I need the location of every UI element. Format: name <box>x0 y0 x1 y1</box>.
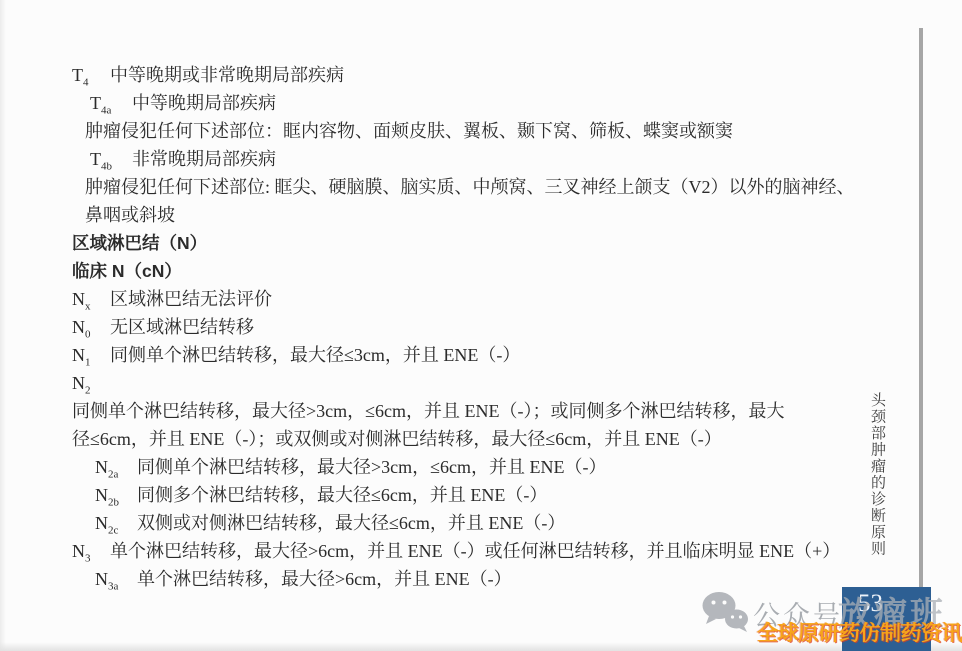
sidebar-rule <box>919 28 923 588</box>
stage-label: T4b <box>90 145 132 173</box>
text-line: N2c双侧或对侧淋巴结转移，最大径≤6cm，并且 ENE（-） <box>95 509 872 537</box>
line-text: 单个淋巴结转移，最大径>6cm，并且 ENE（-） <box>137 569 512 589</box>
text-line: N1同侧单个淋巴结转移，最大径≤3cm，并且 ENE（-） <box>72 341 872 369</box>
text-line: N2b同侧多个淋巴结转移，最大径≤6cm，并且 ENE（-） <box>95 481 872 509</box>
stage-label: N2c <box>95 509 137 537</box>
text-line: 区域淋巴结（N） <box>72 229 872 257</box>
text-line: N2a同侧单个淋巴结转移，最大径>3cm，≤6cm，并且 ENE（-） <box>95 453 872 481</box>
stage-label: N2a <box>95 453 137 481</box>
text-line: 肿瘤侵犯任何下述部位: 眶尖、硬脑膜、脑实质、中颅窝、三叉神经上颌支（V2）以外… <box>85 173 872 201</box>
text-line: N2 <box>72 369 872 397</box>
stage-label: Nx <box>72 285 110 313</box>
line-text: 中等晚期或非常晚期局部疾病 <box>110 65 344 85</box>
stage-label: T4 <box>72 61 110 89</box>
text-line: 径≤6cm，并且 ENE（-）；或双侧或对侧淋巴结转移，最大径≤6cm，并且 E… <box>72 425 872 453</box>
text-line: N3a单个淋巴结转移，最大径>6cm，并且 ENE（-） <box>95 565 872 593</box>
line-text: 双侧或对侧淋巴结转移，最大径≤6cm，并且 ENE（-） <box>137 513 565 533</box>
line-text: 非常晚期局部疾病 <box>132 149 276 169</box>
watermark-orange-line: 全球原研药仿制药资讯 <box>757 617 962 647</box>
text-line: 临床 N（cN） <box>72 257 872 285</box>
line-text: 同侧单个淋巴结转移，最大径>3cm，≤6cm，并且 ENE（-） <box>137 457 607 477</box>
line-text: 无区域淋巴结转移 <box>110 317 254 337</box>
line-text: 同侧单个淋巴结转移，最大径>3cm，≤6cm，并且 ENE（-）；或同侧多个淋巴… <box>72 401 785 421</box>
stage-label: N2 <box>72 369 110 397</box>
text-line: 鼻咽或斜坡 <box>85 201 872 229</box>
line-text: 同侧单个淋巴结转移，最大径≤3cm，并且 ENE（-） <box>110 345 520 365</box>
line-text: 临床 N（cN） <box>72 261 182 281</box>
line-text: 区域淋巴结（N） <box>72 233 207 253</box>
text-line: T4中等晚期或非常晚期局部疾病 <box>72 61 872 89</box>
text-line: T4b非常晚期局部疾病 <box>90 145 872 173</box>
line-text: 肿瘤侵犯任何下述部位: 眶尖、硬脑膜、脑实质、中颅窝、三叉神经上颌支（V2）以外… <box>85 177 855 197</box>
content-lines: T4中等晚期或非常晚期局部疾病T4a中等晚期局部疾病肿瘤侵犯任何下述部位：眶内容… <box>72 61 872 593</box>
sidebar-chapter-title: 头颈部肿瘤的诊断原则 <box>867 392 888 567</box>
page-edge-shadow-left <box>0 0 6 651</box>
wechat-icon <box>700 590 750 634</box>
line-text: 区域淋巴结无法评价 <box>110 289 272 309</box>
text-line: Nx区域淋巴结无法评价 <box>72 285 872 313</box>
stage-label: N3 <box>72 537 110 565</box>
line-text: 径≤6cm，并且 ENE（-）；或双侧或对侧淋巴结转移，最大径≤6cm，并且 E… <box>72 429 722 449</box>
line-text: 肿瘤侵犯任何下述部位：眶内容物、面颊皮肤、翼板、颞下窝、筛板、蝶窦或额窦 <box>85 121 733 141</box>
stage-label: N3a <box>95 565 137 593</box>
line-text: 单个淋巴结转移，最大径>6cm，并且 ENE（-）或任何淋巴结转移，并且临床明显… <box>110 541 840 561</box>
text-line: 同侧单个淋巴结转移，最大径>3cm，≤6cm，并且 ENE（-）；或同侧多个淋巴… <box>72 397 872 425</box>
line-text: 同侧多个淋巴结转移，最大径≤6cm，并且 ENE（-） <box>137 485 547 505</box>
stage-label: T4a <box>90 89 132 117</box>
text-line: T4a中等晚期局部疾病 <box>90 89 872 117</box>
line-text: 中等晚期局部疾病 <box>132 93 276 113</box>
text-line: 肿瘤侵犯任何下述部位：眶内容物、面颊皮肤、翼板、颞下窝、筛板、蝶窦或额窦 <box>85 117 872 145</box>
stage-label: N1 <box>72 341 110 369</box>
stage-label: N0 <box>72 313 110 341</box>
text-line: N3单个淋巴结转移，最大径>6cm，并且 ENE（-）或任何淋巴结转移，并且临床… <box>72 537 872 565</box>
line-text: 鼻咽或斜坡 <box>85 205 175 225</box>
text-line: N0无区域淋巴结转移 <box>72 313 872 341</box>
stage-label: N2b <box>95 481 137 509</box>
